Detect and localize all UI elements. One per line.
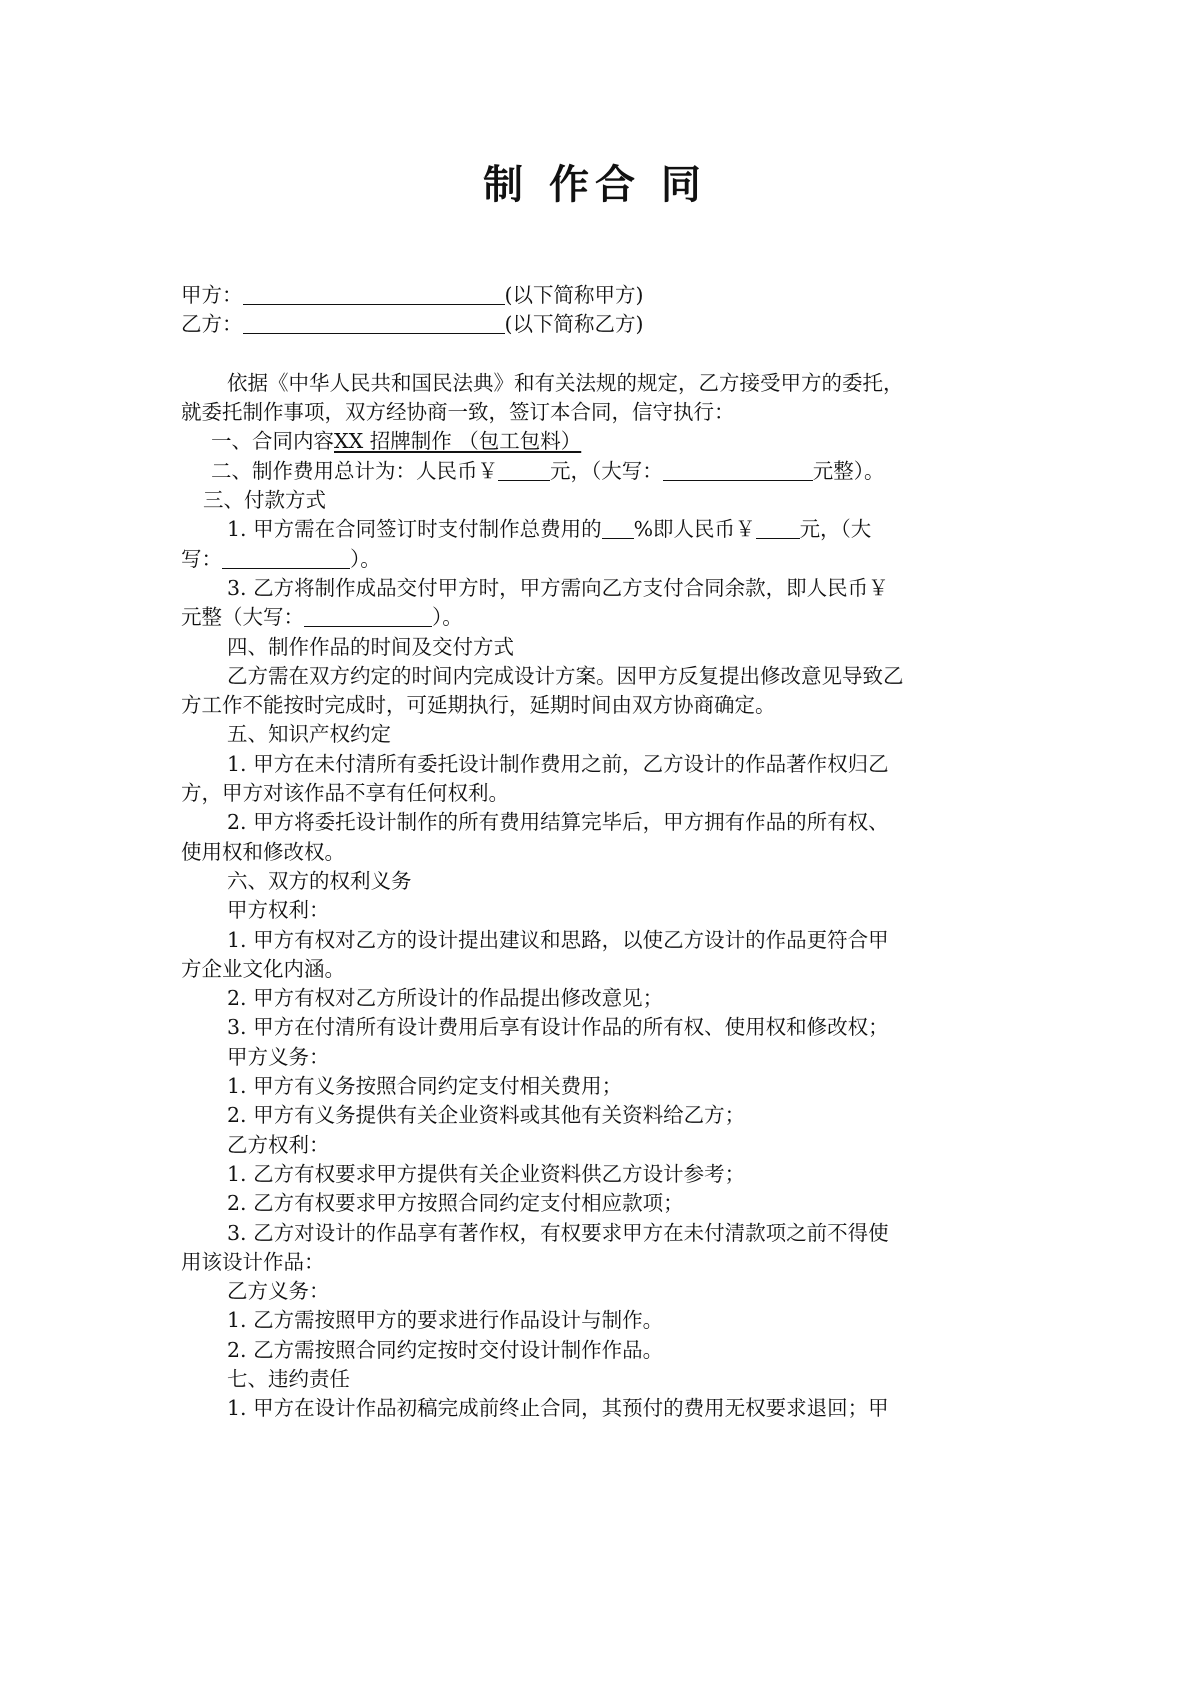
section-7-item-1: 1. 甲方在设计作品初稿完成前终止合同，其预付的费用无权要求退回；甲 bbox=[181, 1394, 1011, 1423]
party-a-right-2: 2. 甲方有权对乙方所设计的作品提出修改意见； bbox=[181, 984, 1011, 1013]
item-1-text-b: %即人民币￥ bbox=[634, 517, 756, 541]
section-2-text-2: 元，（大写： bbox=[550, 459, 663, 483]
section-5-heading: 五、知识产权约定 bbox=[181, 720, 1011, 749]
section-2-line: 二、制作费用总计为：人民币￥元，（大写：元整）。 bbox=[181, 457, 1011, 486]
contract-content-field[interactable]: XX 招牌制作 （包工包料） bbox=[334, 427, 809, 456]
section-3-heading: 三、付款方式 bbox=[181, 486, 1011, 515]
item-1-text-c: 元，（大 bbox=[800, 517, 872, 541]
item-1-text-e: ）。 bbox=[350, 547, 381, 571]
section-4-heading: 四、制作作品的时间及交付方式 bbox=[181, 633, 1011, 662]
document-title: 制 作合 同 bbox=[0, 160, 1190, 210]
party-b-field[interactable] bbox=[243, 313, 505, 334]
party-a-line: 甲方：(以下简称甲方) bbox=[181, 281, 1011, 310]
section-5-item-1-cont: 方，甲方对该作品不享有任何权利。 bbox=[181, 779, 1011, 808]
party-a-suffix: (以下简称甲方) bbox=[505, 283, 644, 307]
item-1-text-d: 写： bbox=[181, 547, 222, 571]
party-b-right-3-cont: 用该设计作品： bbox=[181, 1248, 1011, 1277]
percent-field[interactable] bbox=[602, 518, 634, 539]
party-b-right-1: 1. 乙方有权要求甲方提供有关企业资料供乙方设计参考； bbox=[181, 1160, 1011, 1189]
section-2-text-3: 元整）。 bbox=[813, 459, 885, 483]
section-3-item-1-cont: 写：）。 bbox=[181, 545, 1011, 574]
section-3-item-1: 1. 甲方需在合同签订时支付制作总费用的%即人民币￥元，（大 bbox=[181, 515, 1011, 544]
party-a-duty-2: 2. 甲方有义务提供有关企业资料或其他有关资料给乙方； bbox=[181, 1101, 1011, 1130]
party-a-rights-heading: 甲方权利： bbox=[181, 896, 1011, 925]
section-5-item-1: 1. 甲方在未付清所有委托设计制作费用之前，乙方设计的作品著作权归乙 bbox=[181, 750, 1011, 779]
party-b-duty-1: 1. 乙方需按照甲方的要求进行作品设计与制作。 bbox=[181, 1306, 1011, 1335]
item-3-text-b: ）。 bbox=[432, 605, 463, 629]
party-a-right-3: 3. 甲方在付清所有设计费用后享有设计作品的所有权、使用权和修改权； bbox=[181, 1013, 1011, 1042]
section-5-item-2: 2. 甲方将委托设计制作的所有费用结算完毕后，甲方拥有作品的所有权、 bbox=[181, 808, 1011, 837]
section-3-item-3-cont: 元整（大写：）。 bbox=[181, 603, 1011, 632]
party-a-right-1-cont: 方企业文化内涵。 bbox=[181, 955, 1011, 984]
deposit-amount-field[interactable] bbox=[756, 518, 800, 539]
party-a-label: 甲方： bbox=[181, 283, 243, 307]
section-5-item-2-cont: 使用权和修改权。 bbox=[181, 838, 1011, 867]
party-a-right-1: 1. 甲方有权对乙方的设计提出建议和思路，以使乙方设计的作品更符合甲 bbox=[181, 926, 1011, 955]
party-b-right-3: 3. 乙方对设计的作品享有著作权，有权要求甲方在未付清款项之前不得使 bbox=[181, 1219, 1011, 1248]
section-7-heading: 七、违约责任 bbox=[181, 1365, 1011, 1394]
section-4-line-1: 乙方需在双方约定的时间内完成设计方案。因甲方反复提出修改意见导致乙 bbox=[181, 662, 1011, 691]
section-1-prefix: 一、合同内容 bbox=[211, 429, 334, 453]
section-2-text-1: 二、制作费用总计为：人民币￥ bbox=[211, 459, 498, 483]
item-3-text-a: 元整（大写： bbox=[181, 605, 304, 629]
section-4-line-2: 方工作不能按时完成时，可延期执行，延期时间由双方协商确定。 bbox=[181, 691, 1011, 720]
balance-uppercase-field[interactable] bbox=[304, 606, 432, 627]
party-a-duty-1: 1. 甲方有义务按照合同约定支付相关费用； bbox=[181, 1072, 1011, 1101]
intro-line-1: 依据《中华人民共和国民法典》和有关法规的规定，乙方接受甲方的委托， bbox=[181, 369, 1011, 398]
party-a-field[interactable] bbox=[243, 284, 505, 305]
party-b-right-2: 2. 乙方有权要求甲方按照合同约定支付相应款项； bbox=[181, 1189, 1011, 1218]
party-b-line: 乙方：(以下简称乙方) bbox=[181, 310, 1011, 339]
section-3-item-3: 3. 乙方将制作成品交付甲方时，甲方需向乙方支付合同余款，即人民币￥ bbox=[181, 574, 1011, 603]
party-b-label: 乙方： bbox=[181, 312, 243, 336]
section-6-heading: 六、双方的权利义务 bbox=[181, 867, 1011, 896]
deposit-uppercase-field[interactable] bbox=[222, 548, 350, 569]
contract-body: 甲方：(以下简称甲方) 乙方：(以下简称乙方) 依据《中华人民共和国民法典》和有… bbox=[181, 281, 1011, 1424]
item-1-text-a: 1. 甲方需在合同签订时支付制作总费用的 bbox=[227, 517, 602, 541]
party-b-duty-2: 2. 乙方需按照合同约定按时交付设计制作作品。 bbox=[181, 1336, 1011, 1365]
intro-line-2: 就委托制作事项，双方经协商一致，签订本合同，信守执行： bbox=[181, 398, 1011, 427]
total-fee-uppercase-field[interactable] bbox=[663, 460, 813, 481]
party-b-rights-heading: 乙方权利： bbox=[181, 1131, 1011, 1160]
total-fee-field[interactable] bbox=[498, 460, 550, 481]
party-a-duties-heading: 甲方义务： bbox=[181, 1043, 1011, 1072]
party-b-duties-heading: 乙方义务： bbox=[181, 1277, 1011, 1306]
party-b-suffix: (以下简称乙方) bbox=[505, 312, 644, 336]
section-1-line: 一、合同内容 XX 招牌制作 （包工包料） bbox=[181, 427, 1011, 456]
